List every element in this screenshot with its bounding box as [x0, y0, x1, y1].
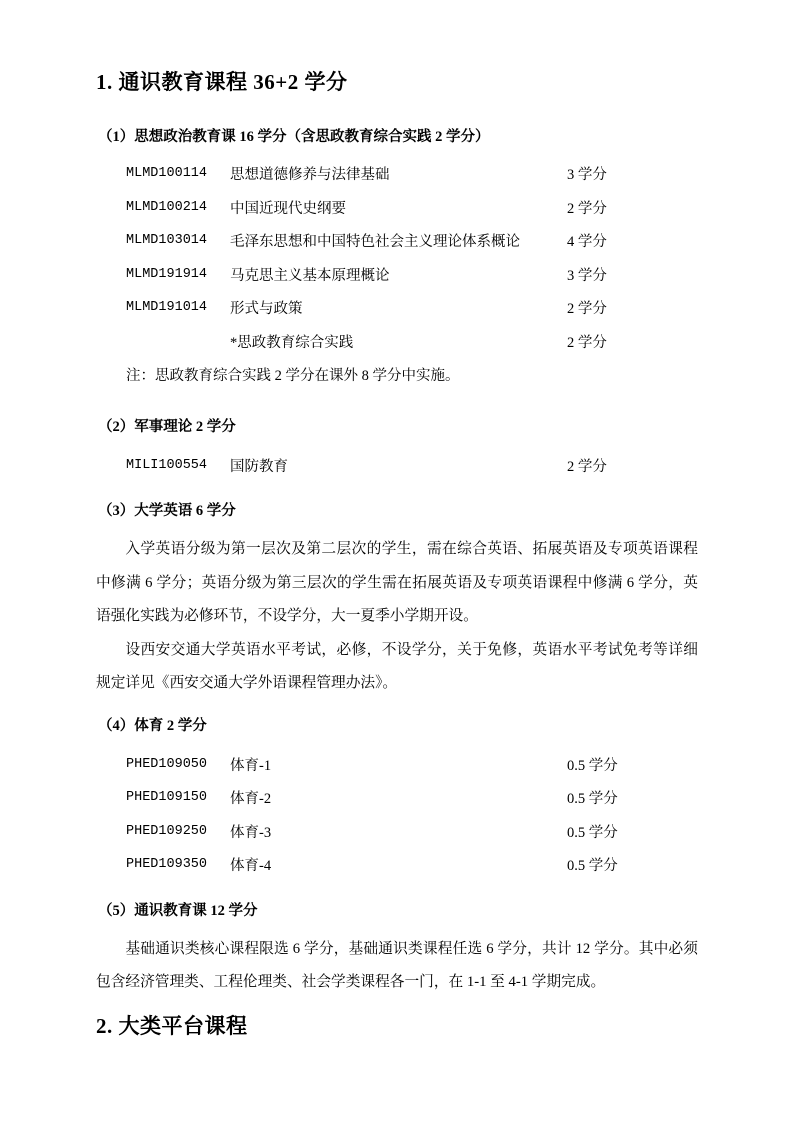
- general-electives-paragraphs: 基础通识类核心课程限选 6 学分，基础通识类课程任选 6 学分，共计 12 学分…: [96, 933, 698, 1000]
- course-credit: 2 学分: [567, 197, 698, 218]
- course-row: PHED109350 体育-4 0.5 学分: [96, 848, 698, 882]
- section-title-general-education-electives: （5）通识教育课 12 学分: [98, 900, 698, 922]
- course-credit: 4 学分: [567, 230, 698, 251]
- course-credit: 3 学分: [567, 163, 698, 184]
- course-name: 体育-3: [230, 821, 567, 842]
- course-row: MLMD191014 形式与政策 2 学分: [96, 291, 698, 325]
- course-code: MLMD191914: [126, 267, 230, 282]
- course-name: 毛泽东思想和中国特色社会主义理论体系概论: [230, 230, 567, 251]
- course-code: PHED109250: [126, 824, 230, 839]
- english-paragraphs: 入学英语分级为第一层次及第二层次的学生，需在综合英语、拓展英语及专项英语课程中修…: [96, 533, 698, 701]
- course-row: PHED109150 体育-2 0.5 学分: [96, 781, 698, 815]
- course-name: 中国近现代史纲要: [230, 197, 567, 218]
- course-credit: 2 学分: [567, 297, 698, 318]
- course-list-physical-education: PHED109050 体育-1 0.5 学分 PHED109150 体育-2 0…: [96, 748, 698, 882]
- course-name: 体育-4: [230, 854, 567, 875]
- course-credit: 2 学分: [567, 455, 698, 476]
- course-code: PHED109350: [126, 857, 230, 872]
- course-name: *思政教育综合实践: [230, 331, 567, 352]
- course-code: MLMD100114: [126, 166, 230, 181]
- course-code: PHED109050: [126, 757, 230, 772]
- paragraph-english-proficiency-test: 设西安交通大学英语水平考试，必修，不设学分，关于免修，英语水平考试免考等详细规定…: [96, 634, 698, 701]
- document-page: 1. 通识教育课程 36+2 学分 （1）思想政治教育课 16 学分（含思政教育…: [0, 0, 794, 1123]
- course-name: 体育-2: [230, 787, 567, 808]
- course-name: 马克思主义基本原理概论: [230, 264, 567, 285]
- course-name: 思想道德修养与法律基础: [230, 163, 567, 184]
- section-title-college-english: （3）大学英语 6 学分: [98, 500, 698, 522]
- course-code: MLMD103014: [126, 233, 230, 248]
- course-row: MILI100554 国防教育 2 学分: [96, 449, 698, 483]
- course-credit: 0.5 学分: [567, 854, 698, 875]
- paragraph-english-placement: 入学英语分级为第一层次及第二层次的学生，需在综合英语、拓展英语及专项英语课程中修…: [96, 533, 698, 634]
- course-list-military: MILI100554 国防教育 2 学分: [96, 449, 698, 483]
- heading-general-education: 1. 通识教育课程 36+2 学分: [96, 68, 698, 96]
- course-list-ideological: MLMD100114 思想道德修养与法律基础 3 学分 MLMD100214 中…: [96, 157, 698, 358]
- course-row: MLMD191914 马克思主义基本原理概论 3 学分: [96, 258, 698, 292]
- course-code: MILI100554: [126, 458, 230, 473]
- course-credit: 3 学分: [567, 264, 698, 285]
- course-code: MLMD100214: [126, 200, 230, 215]
- course-row: MLMD103014 毛泽东思想和中国特色社会主义理论体系概论 4 学分: [96, 224, 698, 258]
- section-title-military-theory: （2）军事理论 2 学分: [98, 416, 698, 438]
- course-name: 形式与政策: [230, 297, 567, 318]
- section-title-physical-education: （4）体育 2 学分: [98, 715, 698, 737]
- course-row: MLMD100114 思想道德修养与法律基础 3 学分: [96, 157, 698, 191]
- course-row: *思政教育综合实践 2 学分: [96, 325, 698, 359]
- heading-platform-courses: 2. 大类平台课程: [96, 1012, 698, 1040]
- note-ideological-practice: 注：思政教育综合实践 2 学分在课外 8 学分中实施。: [96, 358, 698, 392]
- course-row: MLMD100214 中国近现代史纲要 2 学分: [96, 191, 698, 225]
- course-row: PHED109250 体育-3 0.5 学分: [96, 815, 698, 849]
- paragraph-general-electives: 基础通识类核心课程限选 6 学分，基础通识类课程任选 6 学分，共计 12 学分…: [96, 933, 698, 1000]
- course-code: MLMD191014: [126, 300, 230, 315]
- course-name: 体育-1: [230, 754, 567, 775]
- course-code: PHED109150: [126, 790, 230, 805]
- course-name: 国防教育: [230, 455, 567, 476]
- course-credit: 2 学分: [567, 331, 698, 352]
- section-title-ideological-politics: （1）思想政治教育课 16 学分（含思政教育综合实践 2 学分）: [98, 126, 698, 148]
- course-credit: 0.5 学分: [567, 787, 698, 808]
- course-credit: 0.5 学分: [567, 821, 698, 842]
- course-row: PHED109050 体育-1 0.5 学分: [96, 748, 698, 782]
- course-credit: 0.5 学分: [567, 754, 698, 775]
